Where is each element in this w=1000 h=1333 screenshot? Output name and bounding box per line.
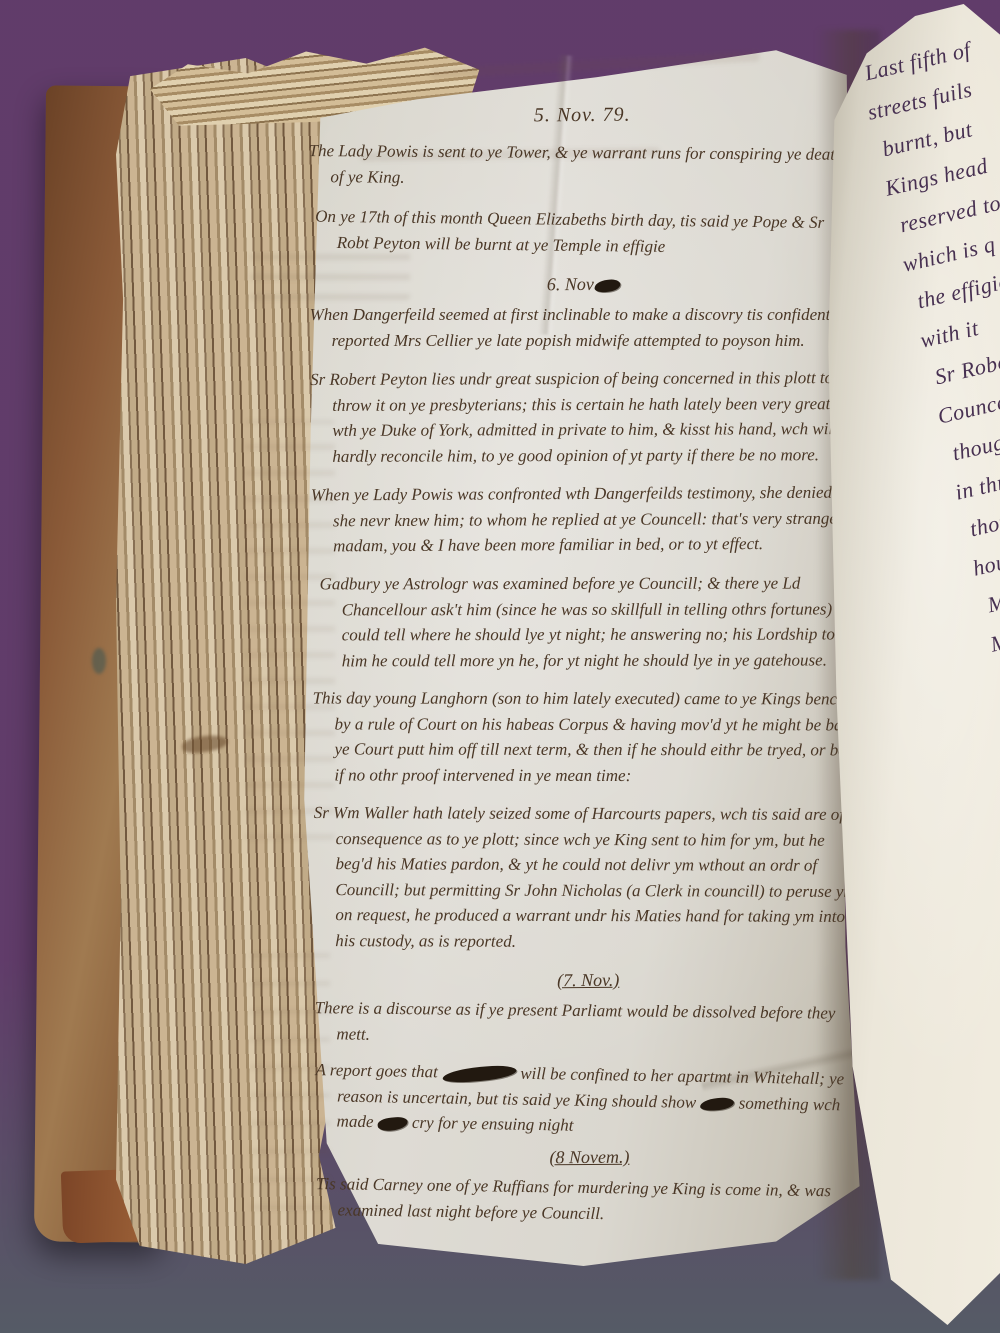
nov7-heading-label: (7. Nov.) [557, 969, 619, 989]
entry-robert-peyton-suspicion: Sr Robert Peyton lies undr great suspici… [310, 365, 858, 469]
ink-blot-redaction [442, 1063, 517, 1083]
ink-blot-redaction [377, 1115, 408, 1131]
entry-report-confined: A report goes that will be confined to h… [314, 1057, 867, 1143]
entry-gadbury-astrologer: Gadbury ye Astrologr was examined before… [320, 570, 877, 673]
report-part4: cry for ye ensuing night [408, 1112, 574, 1134]
nov8-heading: (8 Novem.) [315, 1142, 863, 1173]
nov7-heading: (7. Nov.) [314, 965, 862, 996]
nov8-heading-label: (8 Novem.) [549, 1147, 629, 1168]
paper-stain [92, 648, 106, 674]
entry-parliament-dissolved: There is a discourse as if ye present Pa… [314, 995, 857, 1052]
nov6-heading: 6. Nov [309, 269, 857, 300]
ink-blot-redaction [700, 1096, 735, 1111]
entry-dangerfield-poison: When Dangerfeild seemed at first inclina… [310, 302, 858, 353]
entry-lady-powis-confronted: When ye Lady Powis was confronted wth Da… [311, 480, 859, 559]
entry-waller-harcourt-papers: Sr Wm Waller hath lately seized some of … [313, 800, 862, 955]
entry-carney-examined: Tis said Carney one of ye Ruffians for m… [315, 1171, 873, 1230]
right-page-text-fragments: LetLast fifth ofstreets fuilsburnt, butK… [844, 0, 1000, 1234]
ink-blot [593, 278, 620, 293]
date-heading: 5. Nov. 79. [308, 98, 856, 132]
entry-young-langhorn: This day young Langhorn (son to him late… [312, 685, 874, 788]
entry-queen-elizabeth-birthday: On ye 17th of this month Queen Elizabeth… [315, 204, 858, 262]
manuscript-photo: 5. Nov. 79. The Lady Powis is sent to ye… [0, 0, 1000, 1333]
report-part1: A report goes that [315, 1060, 442, 1081]
nov6-heading-label: 6. Nov [547, 274, 594, 294]
entry-lady-powis-tower: The Lady Powis is sent to ye Tower, & ye… [308, 138, 856, 193]
manuscript-text: 5. Nov. 79. The Lady Powis is sent to ye… [308, 96, 864, 1232]
